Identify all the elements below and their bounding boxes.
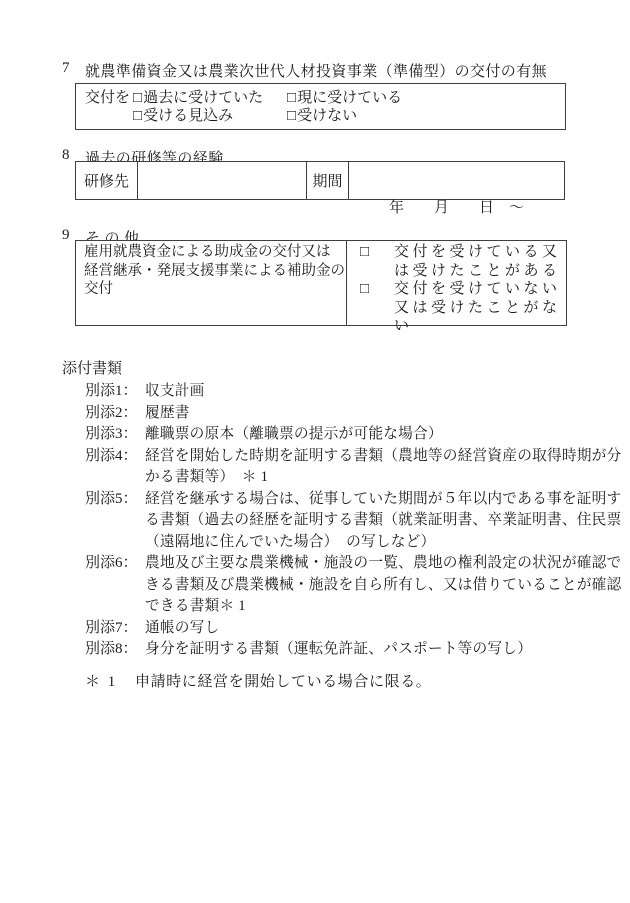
option-has-not-received-grant[interactable]: □ 交付を受けていない 又は受けたことがな い bbox=[347, 280, 566, 336]
attachment-label: 別添4： bbox=[85, 446, 145, 489]
period-line-start: 年 月 日 ～ bbox=[349, 199, 564, 217]
attachment-item: 別添8： 身分を証明する書類（運転免許証、パスポート等の写し） bbox=[85, 639, 629, 661]
attachment-text: 離職票の原本（離職票の提示が可能な場合） bbox=[145, 424, 629, 446]
training-destination-input[interactable] bbox=[138, 162, 307, 199]
option-has-received-grant[interactable]: □ 交付を受けている又 は受けたことがある bbox=[347, 243, 566, 280]
training-destination-label: 研修先 bbox=[84, 170, 129, 191]
attachment-label: 別添6： bbox=[85, 553, 145, 618]
attachment-label: 別添3： bbox=[85, 424, 145, 446]
subsidy-options-cell: □ 交付を受けている又 は受けたことがある □ 交付を受けていない 又は受けたこ… bbox=[347, 241, 566, 325]
section7-number: 7 bbox=[62, 60, 85, 81]
attachment-text: 経営を継承する場合は、従事していた期間が５年以内である事を証明す る書類（過去の… bbox=[145, 489, 629, 554]
attachment-text: 収支計画 bbox=[145, 381, 629, 403]
document-page: 7 就農準備資金又は農業次世代人材投資事業（準備型）の交付の有無 交付を □ 過… bbox=[0, 0, 630, 903]
attachment-item: 別添6： 農地及び主要な農業機械・施設の一覧、農地の権利設定の状況が確認で きる… bbox=[85, 553, 629, 618]
option-label: 過去に受けていた bbox=[143, 89, 263, 107]
option-received-in-past[interactable]: □ 過去に受けていた bbox=[133, 89, 263, 107]
subsidy-subject-cell: 雇用就農資金による助成金の交付又は 経営継承・発展支援事業による補助金の 交付 bbox=[76, 241, 347, 325]
attachment-item: 別添4： 経営を開始した時期を証明する書類（農地等の経営資産の取得時期が分 かる… bbox=[85, 446, 629, 489]
checkbox-icon[interactable]: □ bbox=[360, 280, 394, 336]
attachment-label: 別添1： bbox=[85, 381, 145, 403]
section7-header: 7 就農準備資金又は農業次世代人材投資事業（準備型）の交付の有無 bbox=[62, 60, 547, 81]
attachment-label: 別添7： bbox=[85, 618, 145, 640]
attachment-item: 別添3： 離職票の原本（離職票の提示が可能な場合） bbox=[85, 424, 629, 446]
training-destination-label-cell: 研修先 bbox=[76, 162, 138, 199]
grant-row-label: 交付を bbox=[85, 89, 130, 107]
option-label: 現に受けている bbox=[297, 89, 402, 107]
checkbox-icon[interactable]: □ bbox=[360, 243, 394, 280]
checkbox-icon[interactable]: □ bbox=[287, 89, 296, 107]
option-will-not-receive[interactable]: □ 受けない bbox=[287, 107, 357, 125]
checkbox-icon[interactable]: □ bbox=[287, 107, 296, 125]
option-label: 受けない bbox=[297, 107, 357, 125]
attachment-label: 別添8： bbox=[85, 639, 145, 661]
attachment-text: 身分を証明する書類（運転免許証、パスポート等の写し） bbox=[145, 639, 629, 661]
attachment-item: 別添5： 経営を継承する場合は、従事していた期間が５年以内である事を証明す る書… bbox=[85, 489, 629, 554]
attachment-item: 別添1： 収支計画 bbox=[85, 381, 629, 403]
period-label: 期間 bbox=[312, 170, 342, 191]
period-label-cell: 期間 bbox=[307, 162, 349, 199]
section7-title: 就農準備資金又は農業次世代人材投資事業（準備型）の交付の有無 bbox=[85, 60, 547, 81]
attachment-text: 経営を開始した時期を証明する書類（農地等の経営資産の取得時期が分 かる書類等） … bbox=[145, 446, 629, 489]
option-currently-receiving[interactable]: □ 現に受けている bbox=[287, 89, 402, 107]
footnote-marker: ＊ 1 bbox=[85, 670, 135, 691]
attachment-text: 履歴書 bbox=[145, 403, 629, 425]
checkbox-icon[interactable]: □ bbox=[133, 107, 142, 125]
attachment-label: 別添2： bbox=[85, 403, 145, 425]
option-label: 交付を受けていない 又は受けたことがな い bbox=[394, 280, 561, 336]
section9-other-table: 雇用就農資金による助成金の交付又は 経営継承・発展支援事業による補助金の 交付 … bbox=[75, 240, 567, 326]
attachment-text: 通帳の写し bbox=[145, 618, 629, 640]
section8-training-table: 研修先 期間 年 月 日 ～ 年 月 日 bbox=[75, 161, 565, 200]
footnote-text: 申請時に経営を開始している場合に限る。 bbox=[135, 670, 431, 691]
attachment-item: 別添7： 通帳の写し bbox=[85, 618, 629, 640]
footnote: ＊ 1 申請時に経営を開始している場合に限る。 bbox=[85, 670, 431, 691]
option-label: 受ける見込み bbox=[143, 107, 233, 125]
section7-grant-table: 交付を □ 過去に受けていた □ 現に受けている □ 受ける見込み □ 受けない bbox=[75, 83, 566, 130]
attachments-heading: 添付書類 bbox=[62, 360, 629, 378]
period-value-cell[interactable]: 年 月 日 ～ 年 月 日 bbox=[349, 162, 564, 199]
checkbox-icon[interactable]: □ bbox=[133, 89, 142, 107]
attachment-item: 別添2： 履歴書 bbox=[85, 403, 629, 425]
attachment-label: 別添5： bbox=[85, 489, 145, 554]
attachments-list: 別添1： 収支計画 別添2： 履歴書 別添3： 離職票の原本（離職票の提示が可能… bbox=[62, 381, 629, 661]
attachments-section: 添付書類 別添1： 収支計画 別添2： 履歴書 別添3： 離職票の原本（離職票の… bbox=[62, 360, 629, 661]
attachment-text: 農地及び主要な農業機械・施設の一覧、農地の権利設定の状況が確認で きる書類及び農… bbox=[145, 553, 629, 618]
option-label: 交付を受けている又 は受けたことがある bbox=[394, 243, 561, 280]
option-expect-to-receive[interactable]: □ 受ける見込み bbox=[133, 107, 233, 125]
